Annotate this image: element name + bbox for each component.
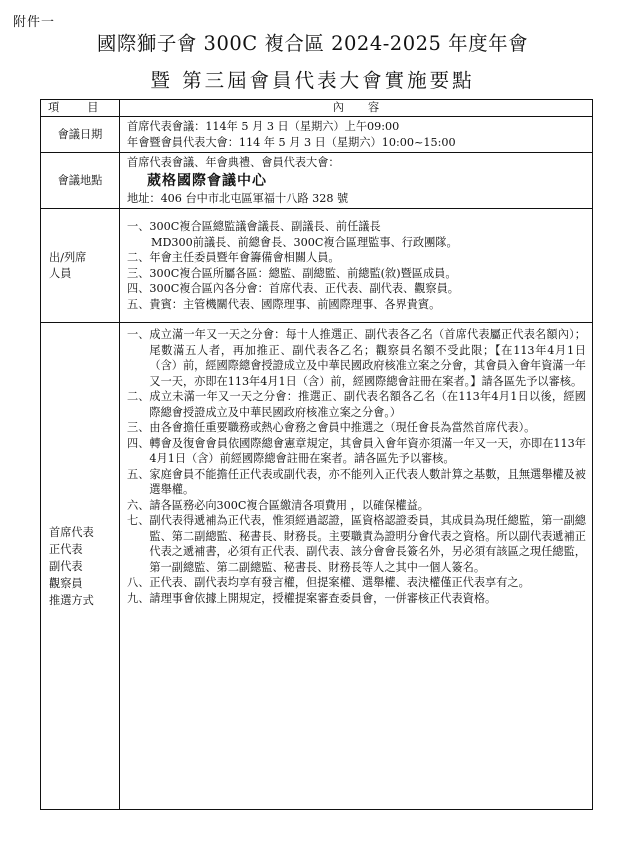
header-content-char2: 容 — [368, 101, 379, 114]
item-number: 二、 — [127, 250, 149, 266]
list-item: 七、 副代表得遞補為正代表，惟須經過認證，區資格認證委員，其成員為現任總監，第一… — [127, 513, 586, 575]
item-text: 年會主任委員暨年會籌備會相關人員。 — [149, 250, 586, 266]
item-number: 三、 — [127, 420, 149, 436]
header-item-char2: 目 — [87, 101, 98, 114]
list-item: 八、 正代表、副代表均享有發言權，但提案權、選舉權、表決權僅正代表享有之。 — [127, 575, 586, 591]
venue-name: 葳格國際會議中心 — [127, 171, 586, 191]
header-item: 項目 — [41, 100, 120, 117]
label-attendees-line1: 出/列席 — [49, 250, 119, 266]
item-number: 三、 — [127, 266, 149, 282]
list-item: 五、 家庭會員不能擔任正代表或副代表，亦不能列入正代表人數計算之基數，且無選舉權… — [127, 467, 586, 498]
list-item: 九、 請理事會依據上開規定，授權提案審查委員會，一併審核正代表資格。 — [127, 591, 586, 607]
date-line-annual-meeting: 年會暨會員代表大會：114 年 5 月 3 日（星期六）10:00~15:00 — [127, 135, 586, 151]
item-number: 一、 — [127, 219, 149, 235]
item-number: 五、 — [127, 467, 149, 498]
document-title: 國際獅子會 300C 複合區 2024-2025 年度年會 — [0, 28, 625, 56]
label-attendees-line2: 人員 — [49, 266, 119, 282]
item-number: 六、 — [127, 498, 149, 514]
item-number: 五、 — [127, 297, 149, 313]
item-text: 300C複合區總監議會議長、副議長、前任議長 — [149, 219, 586, 235]
meeting-venue-content: 首席代表會議、年會典禮、會員代表大會： 葳格國際會議中心 地址：406 台中市北… — [120, 153, 593, 209]
item-number: 四、 — [127, 436, 149, 467]
row-attendees: 出/列席 人員 一、 300C複合區總監議會議長、副議長、前任議長 MD300前… — [41, 209, 593, 323]
item-number: 七、 — [127, 513, 149, 575]
item-text: 請各區務必向300C複合區繳清各項費用 ，以確保權益。 — [149, 498, 586, 514]
item-text: 成立滿一年又一天之分會：每十人推選正、副代表各乙名（首席代表屬正代表名額內）；尾… — [149, 327, 586, 389]
list-item: 四、 300C複合區內各分會：首席代表、正代表、副代表、觀察員。 — [127, 281, 586, 297]
header-content: 內容 — [120, 100, 593, 117]
item-number: 一、 — [127, 327, 149, 389]
item-number: 二、 — [127, 389, 149, 420]
label-election-line3: 副代表 — [49, 558, 119, 575]
date-line-chief-meeting: 首席代表會議：114年 5 月 3 日（星期六）上午09:00 — [127, 119, 586, 135]
header-item-char1: 項 — [48, 101, 59, 114]
table-header-row: 項目 內容 — [41, 100, 593, 117]
label-meeting-venue: 會議地點 — [41, 153, 120, 209]
item-text: 請理事會依據上開規定，授權提案審查委員會，一併審核正代表資格。 — [149, 591, 586, 607]
item-text: 300C複合區所屬各區：總監、副總監、前總監(敘)暨區成員。 — [149, 266, 586, 282]
item-text: 副代表得遞補為正代表，惟須經過認證，區資格認證委員，其成員為現任總監，第一副總監… — [149, 513, 586, 575]
item-text: 由各會擔任重要職務或熱心會務之會員中推選之（現任會長為當然首席代表）。 — [149, 420, 586, 436]
list-item: 三、 300C複合區所屬各區：總監、副總監、前總監(敘)暨區成員。 — [127, 266, 586, 282]
list-item: 六、 請各區務必向300C複合區繳清各項費用 ，以確保權益。 — [127, 498, 586, 514]
list-item: 五、 貴賓：主管機關代表、國際理事、前國際理事、各界貴賓。 — [127, 297, 586, 313]
row-representative-election: 首席代表 正代表 副代表 觀察員 推選方式 一、 成立滿一年又一天之分會：每十人… — [41, 323, 593, 810]
label-meeting-date: 會議日期 — [41, 117, 120, 153]
item-text: 成立未滿一年又一天之分會：推選正、副代表名額各乙名（在113年4月1日以後，經國… — [149, 389, 586, 420]
header-content-char1: 內 — [333, 101, 344, 114]
list-item: 三、 由各會擔任重要職務或熱心會務之會員中推選之（現任會長為當然首席代表）。 — [127, 420, 586, 436]
row-meeting-venue: 會議地點 首席代表會議、年會典禮、會員代表大會： 葳格國際會議中心 地址：406… — [41, 153, 593, 209]
item-text: 貴賓：主管機關代表、國際理事、前國際理事、各界貴賓。 — [149, 297, 586, 313]
representative-election-content: 一、 成立滿一年又一天之分會：每十人推選正、副代表各乙名（首席代表屬正代表名額內… — [120, 323, 593, 810]
list-item: 一、 成立滿一年又一天之分會：每十人推選正、副代表各乙名（首席代表屬正代表名額內… — [127, 327, 586, 389]
row-meeting-date: 會議日期 首席代表會議：114年 5 月 3 日（星期六）上午09:00 年會暨… — [41, 117, 593, 153]
item-text: 轉會及復會會員依國際總會憲章規定，其會員入會年資亦須滿一年又一天，亦即在113年… — [149, 436, 586, 467]
attendees-content: 一、 300C複合區總監議會議長、副議長、前任議長 MD300前議長、前總會長、… — [120, 209, 593, 323]
item-text: 正代表、副代表均享有發言權，但提案權、選舉權、表決權僅正代表享有之。 — [149, 575, 586, 591]
list-item: 二、 年會主任委員暨年會籌備會相關人員。 — [127, 250, 586, 266]
item-number: 四、 — [127, 281, 149, 297]
list-item: 二、 成立未滿一年又一天之分會：推選正、副代表名額各乙名（在113年4月1日以後… — [127, 389, 586, 420]
implementation-table: 項目 內容 會議日期 首席代表會議：114年 5 月 3 日（星期六）上午09:… — [40, 99, 593, 810]
label-attendees: 出/列席 人員 — [41, 209, 120, 323]
label-election-line4: 觀察員 — [49, 575, 119, 592]
item-number: 八、 — [127, 575, 149, 591]
label-election-line2: 正代表 — [49, 541, 119, 558]
meeting-date-content: 首席代表會議：114年 5 月 3 日（星期六）上午09:00 年會暨會員代表大… — [120, 117, 593, 153]
item-continuation: MD300前議長、前總會長、300C複合區理監事、行政團隊。 — [127, 235, 586, 251]
item-number: 九、 — [127, 591, 149, 607]
venue-address: 地址：406 台中市北屯區軍福十八路 328 號 — [127, 191, 586, 207]
item-text: 300C複合區內各分會：首席代表、正代表、副代表、觀察員。 — [149, 281, 586, 297]
venue-intro: 首席代表會議、年會典禮、會員代表大會： — [127, 155, 586, 171]
label-representative-election: 首席代表 正代表 副代表 觀察員 推選方式 — [41, 323, 120, 810]
list-item: 一、 300C複合區總監議會議長、副議長、前任議長 — [127, 219, 586, 235]
list-item: 四、 轉會及復會會員依國際總會憲章規定，其會員入會年資亦須滿一年又一天，亦即在1… — [127, 436, 586, 467]
label-election-line5: 推選方式 — [49, 592, 119, 609]
document-subtitle: 暨 第三屆會員代表大會實施要點 — [0, 65, 625, 93]
item-text: 家庭會員不能擔任正代表或副代表，亦不能列入正代表人數計算之基數，且無選舉權及被選… — [149, 467, 586, 498]
label-election-line1: 首席代表 — [49, 524, 119, 541]
